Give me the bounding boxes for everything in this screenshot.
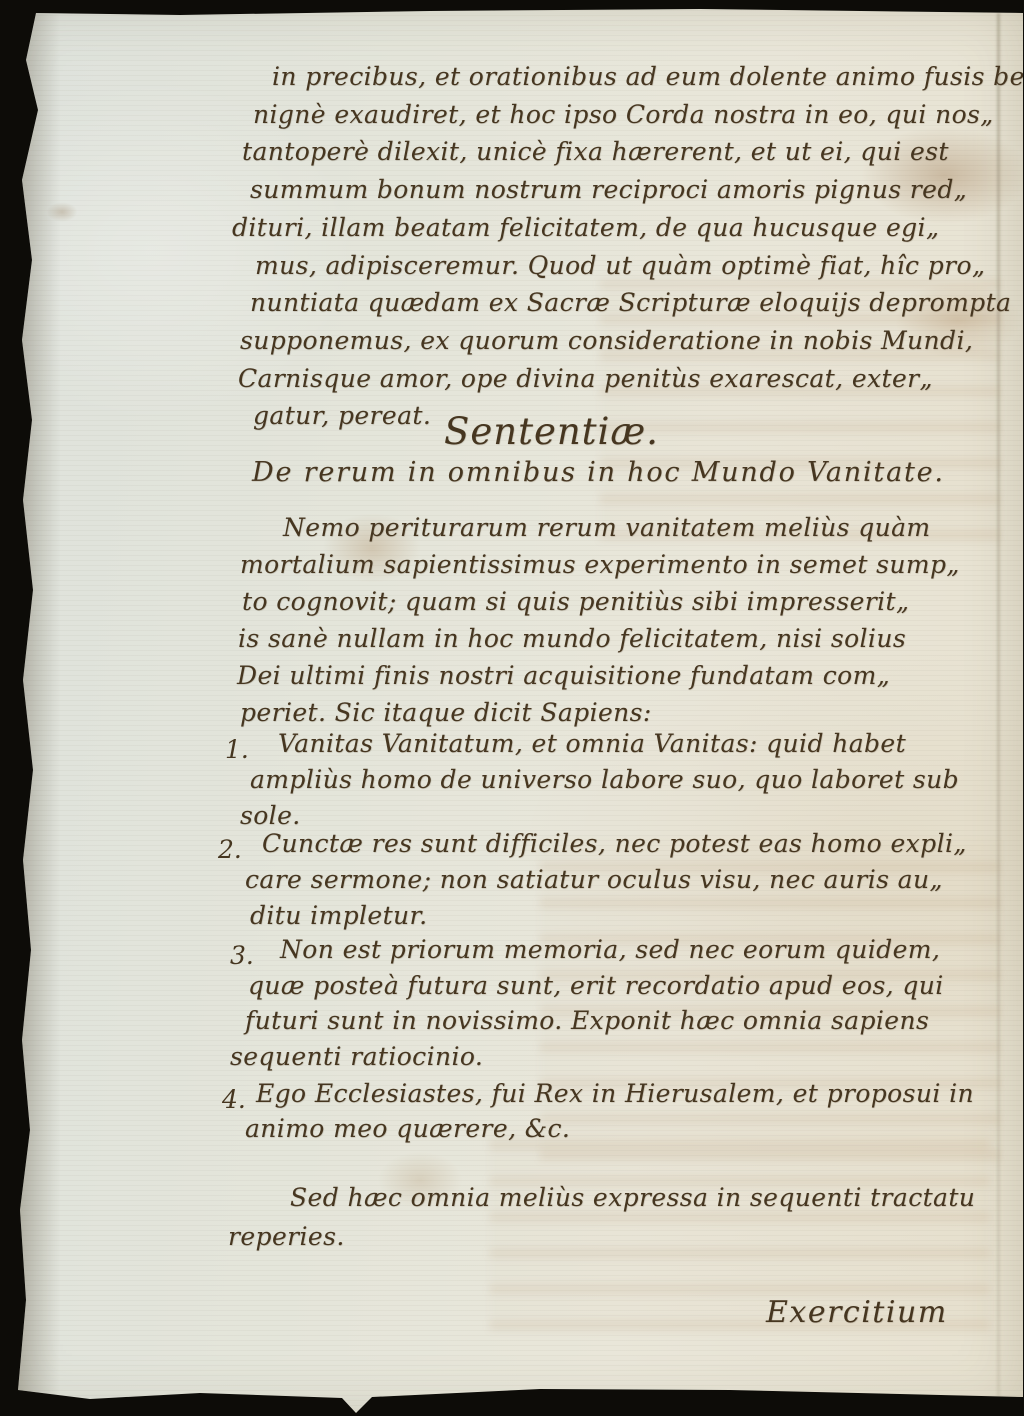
manuscript-line: Vanitas Vanitatum, et omnia Vanitas: qui… [278,726,959,762]
manuscript-line: nuntiata quædam ex Sacræ Scripturæ eloqu… [250,284,1024,322]
manuscript-line: quæ posteà futura sunt, erit recordatio … [248,968,944,1004]
manuscript-line: Sed hæc omnia meliùs expressa in sequent… [290,1178,975,1217]
manuscript-line: nignè exaudiret, et hoc ipso Corda nostr… [253,96,1024,134]
item-number: 4. [222,1082,246,1117]
numbered-sentence-4: 4. Ego Ecclesiastes, fui Rex in Hierusal… [250,1076,974,1146]
intro-paragraph: in precibus, et orationibus ad eum dolen… [250,58,1024,435]
section-subheading: De rerum in omnibus in hoc Mundo Vanitat… [252,458,945,488]
manuscript-line: ditu impletur. [250,898,967,934]
manuscript-line: summum bonum nostrum reciproci amoris pi… [250,171,1024,209]
numbered-sentence-3: 3. Non est priorum memoria, sed nec eoru… [250,932,944,1074]
manuscript-line: to cognovit; quam si quis penitiùs sibi … [242,583,960,620]
item-number: 2. [218,832,242,868]
item-number: 1. [225,732,249,768]
manuscript-line: futuri sunt in novissimo. Exponit hæc om… [245,1003,944,1039]
manuscript-line: is sanè nullam in hoc mundo felicitatem,… [238,620,960,657]
numbered-sentence-2: 2. Cunctæ res sunt difficiles, nec potes… [250,826,967,934]
manuscript-line: Ego Ecclesiastes, fui Rex in Hierusalem,… [256,1076,974,1111]
manuscript-line: Non est priorum memoria, sed nec eorum q… [280,932,944,968]
manuscript-line: Carnisque amor, ope divina penitùs exare… [238,360,1024,398]
catchword: Exercitium [766,1296,948,1329]
manuscript-line: dituri, illam beatam felicitatem, de qua… [232,209,1024,247]
manuscript-line: in precibus, et orationibus ad eum dolen… [272,58,1024,96]
manuscript-line: Dei ultimi finis nostri acquisitione fun… [237,657,960,694]
manuscript-line: sequenti ratiocinio. [230,1039,944,1075]
manuscript-line: care sermone; non satiatur oculus visu, … [245,862,967,898]
manuscript-line: ampliùs homo de universo labore suo, quo… [250,762,959,798]
sententiae-heading: Sententiæ. [444,412,659,453]
manuscript-scan-page: in precibus, et orationibus ad eum dolen… [0,0,1024,1416]
manuscript-line: Nemo periturarum rerum vanitatem meliùs … [283,509,960,546]
item-number: 3. [230,938,254,974]
manuscript-line: mortalium sapientissimus experimento in … [240,546,960,583]
numbered-sentence-1: 1. Vanitas Vanitatum, et omnia Vanitas: … [250,726,959,834]
manuscript-paper-sheet: in precibus, et orationibus ad eum dolen… [0,0,1024,1416]
closing-paragraph: Sed hæc omnia meliùs expressa in sequent… [250,1178,975,1256]
manuscript-line: animo meo quærere, &c. [245,1111,974,1146]
vanitas-paragraph: Nemo periturarum rerum vanitatem meliùs … [250,509,960,731]
left-edge-shadow [14,13,60,1398]
manuscript-line: reperies. [228,1217,975,1256]
manuscript-line: mus, adipisceremur. Quod ut quàm optimè … [255,247,1024,285]
manuscript-line: supponemus, ex quorum consideratione in … [240,322,1024,360]
manuscript-line: Cunctæ res sunt difficiles, nec potest e… [262,826,967,862]
manuscript-line: tantoperè dilexit, unicè fixa hærerent, … [242,133,1024,171]
